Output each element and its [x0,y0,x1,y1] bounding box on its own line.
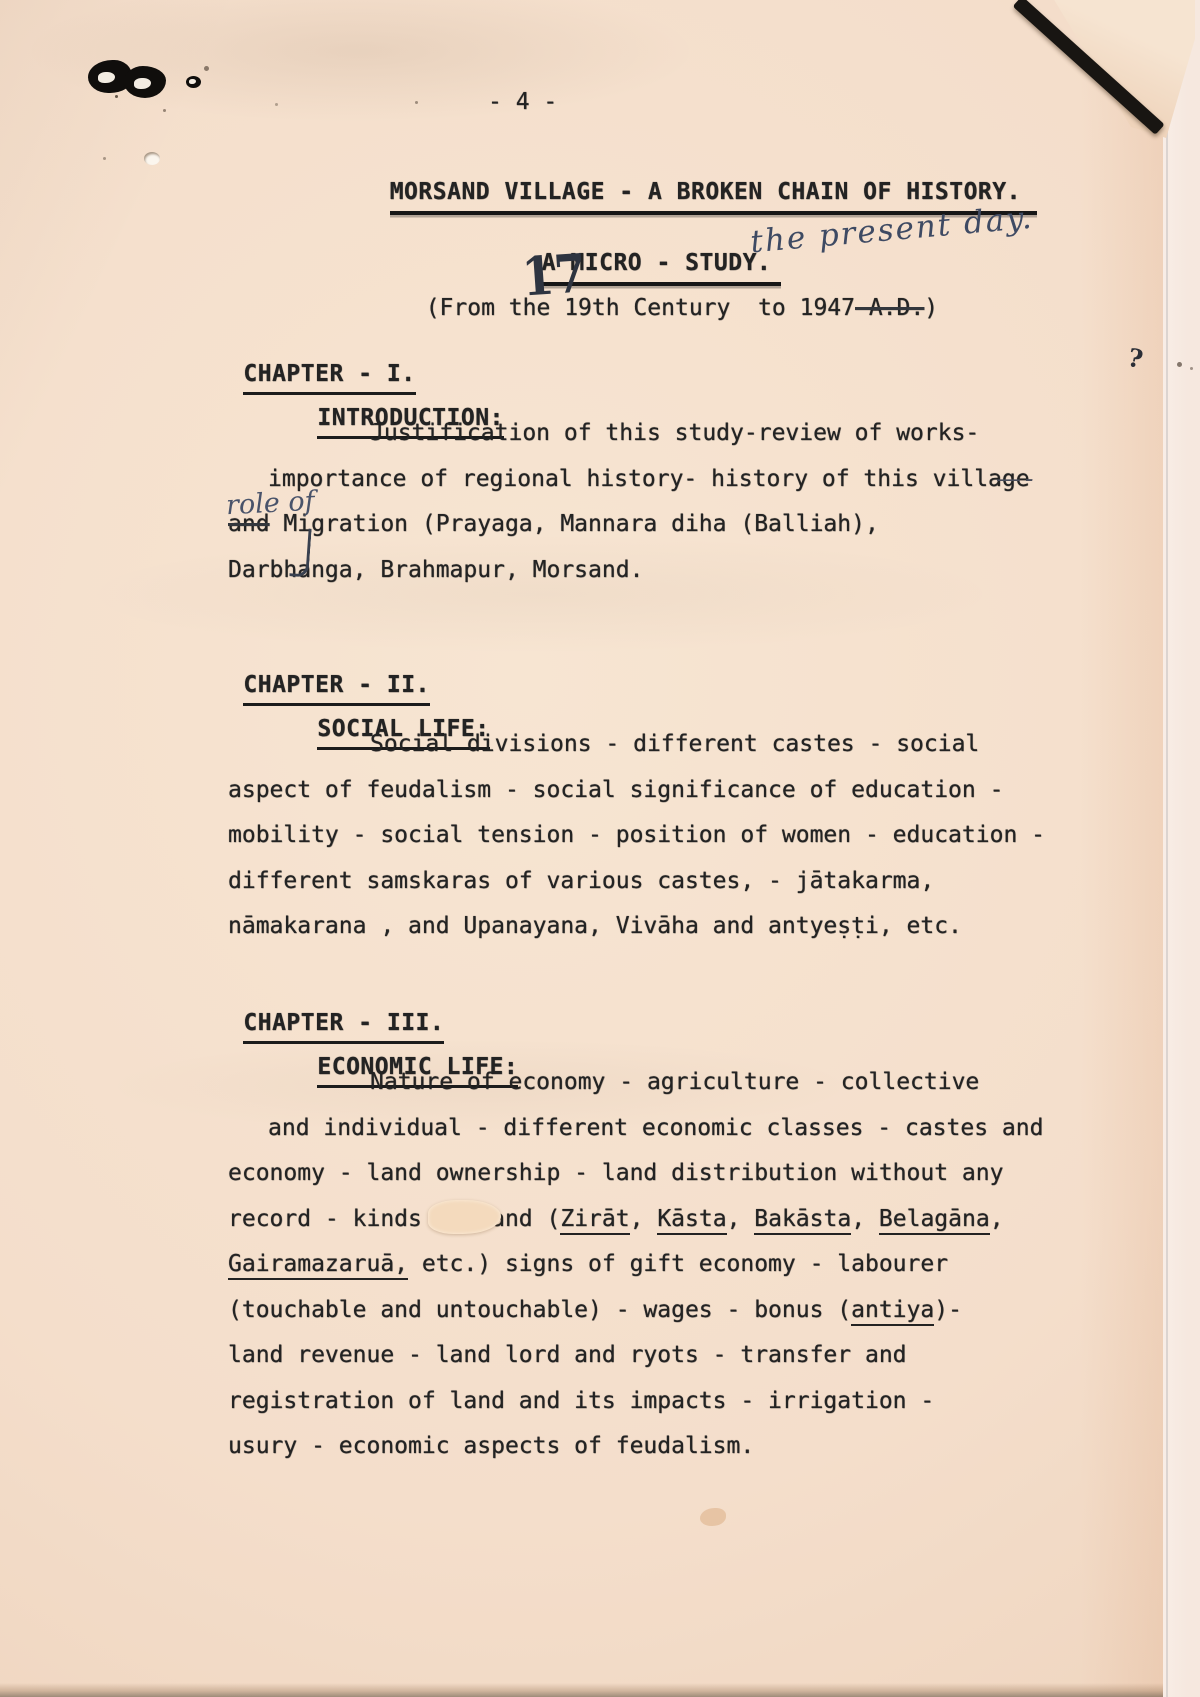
typed-line: land revenue - land lord and ryots - tra… [228,1341,1043,1387]
ink-blot [186,76,201,88]
ink-blot-hole [98,72,115,83]
typed-text: , [630,1206,658,1232]
date-line-middle: th Century to 1947 [592,295,855,321]
underlined-term: Gairamazaruā, [228,1251,408,1280]
date-line-suffix: ) [924,295,938,321]
chapter-1-heading: CHAPTER - I. [243,360,415,395]
page-number: - 4 - [488,88,557,116]
chapter-3-heading: CHAPTER - III. [243,1009,444,1044]
typed-text: aspect of feudalism - social significanc… [228,777,1003,803]
typed-text: nāmakarana , and Upanayana, Vivāha and a… [228,913,962,939]
underlined-term: Kāsta [657,1206,726,1235]
document-title-wrap: MORSAND VILLAGE - A BROKEN CHAIN OF HIST… [362,150,1037,215]
chapter-heading-wrap: CHAPTER - II. [188,643,1045,687]
typed-line: usury - economic aspects of feudalism. [228,1432,1043,1478]
chapter-2-paragraph: Social divisions - different castes - so… [228,730,1045,958]
typed-line: Darbhanga, Brahmapur, Morsand. [228,556,1030,602]
chapter-section-2: CHAPTER - II. SOCIAL LIFE: Social divisi… [188,643,1045,958]
typed-line: (touchable and untouchable) - wages - bo… [228,1296,1043,1342]
typed-text: land revenue - land lord and ryots - tra… [228,1342,907,1368]
date-line: (From the 19th Century to 1947 A.D.) [398,266,938,322]
typed-text: Social divisions - different castes - so… [370,731,979,757]
patched-text: of l [436,1206,491,1232]
typed-text: Migration (Prayaga, Mannara diha (Ballia… [270,511,879,537]
typed-line: nāmakarana , and Upanayana, Vivāha and a… [228,912,1045,958]
underlined-term: Bakāsta [754,1206,851,1235]
typed-line: and individual - different economic clas… [228,1114,1043,1160]
typed-line: aspect of feudalism - social significanc… [228,776,1045,822]
scanner-background-strip [1163,0,1200,1697]
handwritten-century-correction: 17 [520,246,588,303]
chapter-2-heading: CHAPTER - II. [243,671,430,706]
chapter-3-paragraph: Nature of economy - agriculture - collec… [228,1068,1043,1478]
typed-text: etc.) signs of gift economy - labourer [408,1251,948,1277]
underlined-term: Belagāna [879,1206,990,1235]
underlined-term: Zirāt [560,1206,629,1235]
ink-blot-hole [134,78,151,89]
chapter-heading-wrap: CHAPTER - III. [188,981,1043,1025]
typed-line: registration of land and its impacts - i… [228,1387,1043,1433]
typed-text: (touchable and untouchable) - wages - bo… [228,1297,851,1323]
typed-text: and individual - different economic clas… [268,1115,1043,1141]
typed-text: mobility - social tension - position of … [228,822,1045,848]
typed-line: Gairamazaruā, etc.) signs of gift econom… [228,1250,1043,1296]
typed-text: registration of land and its impacts - i… [228,1388,934,1414]
typed-text: record - kinds [228,1206,436,1232]
typed-line: mobility - social tension - position of … [228,821,1045,867]
typed-line: record - kinds of land (Zirāt, Kāsta, Ba… [228,1205,1043,1251]
typed-line: economy - land ownership - land distribu… [228,1159,1043,1205]
chapter-section-3: CHAPTER - III. ECONOMIC LIFE: Nature of … [188,981,1043,1478]
ink-blot-hole [189,79,196,84]
paper-edge-shadow [1166,0,1168,1697]
typed-line: and Migration (Prayaga, Mannara diha (Ba… [228,510,1030,556]
typed-text: Justification of this study-review of wo… [370,420,979,446]
typed-text: , [990,1206,1004,1232]
typed-text: )- [934,1297,962,1323]
typed-text: economy - land ownership - land distribu… [228,1160,1003,1186]
typed-text: and ( [491,1206,560,1232]
paper-specks [115,95,118,98]
pin-hole [144,152,160,165]
typed-text: different samskaras of various castes, -… [228,868,934,894]
typed-line: importance of regional history- history … [228,465,1030,511]
typed-text: , [851,1206,879,1232]
typed-line: different samskaras of various castes, -… [228,867,1045,913]
handwritten-role-of-annotation: role of [225,486,315,522]
handwritten-dash-annotation: — - [996,464,1031,493]
date-line-struck-ad: A.D. [855,295,924,321]
chapter-section-1: CHAPTER - I. INTRODUCTION: Justification… [188,332,1030,601]
typed-text: Nature of economy - agriculture - collec… [370,1069,979,1095]
bottom-page-edge [0,1683,1163,1697]
chapter-heading-wrap: CHAPTER - I. [188,332,1030,376]
chapter-1-paragraph: Justification of this study-review of wo… [228,419,1030,601]
typed-text: , [727,1206,755,1232]
underlined-term: antiya [851,1297,934,1326]
typed-text: importance of regional history- history … [268,466,1030,492]
typed-text: usury - economic aspects of feudalism. [228,1433,754,1459]
